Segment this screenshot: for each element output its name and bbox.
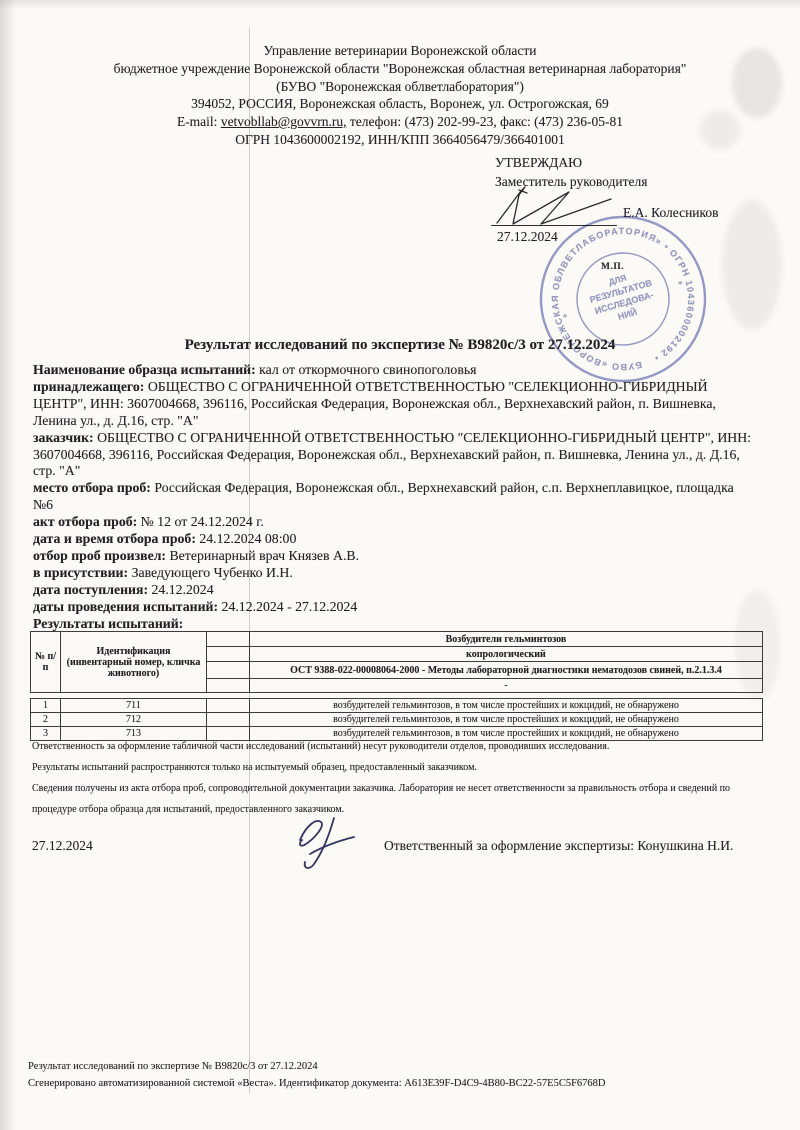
scan-edge-shadow-top xyxy=(0,0,800,10)
approval-heading: УТВЕРЖДАЮ xyxy=(495,153,785,172)
spacer-cell xyxy=(207,699,250,713)
field-row: дата и время отбора проб: 24.12.2024 08:… xyxy=(33,531,755,548)
org-email: vetvobllab@govvrn.ru, xyxy=(221,114,347,129)
results-table-body: 1 711 возбудителей гельминтозов, в том ч… xyxy=(30,698,763,741)
footer-system-id: Сгенерировано автоматизированной системо… xyxy=(28,1075,770,1092)
field-row: в присутствии: Заведующего Чубенко И.Н. xyxy=(33,565,755,582)
col-header-num: № п/п xyxy=(31,632,61,693)
results-table: № п/п Идентификация (инвентарный номер, … xyxy=(30,631,763,741)
footnotes: Ответственность за оформление табличной … xyxy=(32,736,762,820)
field-row: отбор проб произвел: Ветеринарный врач К… xyxy=(33,548,755,565)
approver-name: Е.А. Колесников xyxy=(623,203,719,222)
stamp-star-left: * xyxy=(562,312,570,324)
field-row: дата поступления: 24.12.2024 xyxy=(33,582,755,599)
bleed-through-mark xyxy=(722,200,782,330)
results-section-label: Результаты испытаний: xyxy=(33,616,755,633)
field-row: принадлежащего: ОБЩЕСТВО С ОГРАНИЧЕННОЙ … xyxy=(33,379,755,430)
org-contacts-line: E-mail: vetvobllab@govvrn.ru, телефон: (… xyxy=(55,113,745,131)
field-label: даты проведения испытаний: xyxy=(33,599,218,614)
footer-expertise-ref: Результат исследований по экспертизе № В… xyxy=(28,1058,770,1075)
spacer-cell xyxy=(207,713,250,727)
field-value: кал от откормочного свинопоголовья xyxy=(259,362,476,377)
field-row: акт отбора проб: № 12 от 24.12.2024 г. xyxy=(33,514,755,531)
col-header-identification: Идентификация (инвентарный номер, кличка… xyxy=(61,632,207,693)
org-address: 394052, РОССИЯ, Воронежская область, Вор… xyxy=(55,95,745,113)
field-row: даты проведения испытаний: 24.12.2024 - … xyxy=(33,599,755,616)
responsible-signature xyxy=(290,814,360,876)
field-row: Наименование образца испытаний: кал от о… xyxy=(33,362,755,379)
org-authority: Управление ветеринарии Воронежской облас… xyxy=(55,42,745,60)
scan-edge-shadow xyxy=(0,0,16,1130)
spacer-cell xyxy=(207,647,250,662)
approval-date: 27.12.2024 xyxy=(497,227,558,246)
responsible-person-label: Ответственный за оформление экспертизы: … xyxy=(384,838,733,854)
field-row: заказчик: ОБЩЕСТВО С ОГРАНИЧЕННОЙ ОТВЕТС… xyxy=(33,430,755,481)
stamp-center-line2: РЕЗУЛЬТАТОВ xyxy=(589,278,654,305)
stamp-center-line3: ИССЛЕДОВА- xyxy=(594,290,655,316)
email-label: E-mail: xyxy=(177,114,218,129)
stamp-center-line4: НИЙ xyxy=(616,306,638,322)
field-value: 24.12.2024 - 27.12.2024 xyxy=(222,599,358,614)
field-label: принадлежащего: xyxy=(33,379,144,394)
org-registration-numbers: ОГРН 1043600002192, ИНН/КПП 3664056479/3… xyxy=(55,131,745,149)
approval-block: УТВЕРЖДАЮ Заместитель руководителя Е.А. … xyxy=(495,153,785,191)
field-row: место отбора проб: Российская Федерация,… xyxy=(33,480,755,514)
row-result: возбудителей гельминтозов, в том числе п… xyxy=(250,713,763,727)
field-value: Ветеринарный врач Князев А.В. xyxy=(169,548,359,563)
signature-line xyxy=(491,225,617,226)
method-note-cell: - xyxy=(250,679,763,693)
row-num: 2 xyxy=(31,713,61,727)
mp-seal-label: М.П. xyxy=(601,262,624,272)
results-table-header: № п/п Идентификация (инвентарный номер, … xyxy=(30,631,763,693)
stamp-center-line1: ДЛЯ xyxy=(607,272,627,287)
row-result: возбудителей гельминтозов, в том числе п… xyxy=(250,699,763,713)
group-header-cell: Возбудители гельминтозов xyxy=(250,632,763,647)
row-id: 711 xyxy=(61,699,207,713)
spacer-cell xyxy=(207,662,250,679)
signoff-date: 27.12.2024 xyxy=(32,838,93,854)
approver-signature xyxy=(489,183,625,227)
page-footer: Результат исследований по экспертизе № В… xyxy=(28,1058,770,1092)
field-value: Заведующего Чубенко И.Н. xyxy=(132,565,293,580)
spacer-cell xyxy=(207,679,250,693)
stamp-star-right: * xyxy=(677,279,685,291)
footnote: Результаты испытаний распространяются то… xyxy=(32,757,762,778)
field-value: 24.12.2024 08:00 xyxy=(199,531,296,546)
org-short-name: (БУВО "Воронежская облветлаборатория") xyxy=(55,78,745,96)
row-num: 1 xyxy=(31,699,61,713)
method-type-cell: копрологический xyxy=(250,647,763,662)
signoff-row: 27.12.2024 Ответственный за оформление э… xyxy=(32,826,765,886)
org-phone-fax: телефон: (473) 202-99-23, факс: (473) 23… xyxy=(350,114,623,129)
footnote: Ответственность за оформление табличной … xyxy=(32,736,762,757)
org-letterhead: Управление ветеринарии Воронежской облас… xyxy=(55,42,745,149)
field-value: № 12 от 24.12.2024 г. xyxy=(141,514,264,529)
method-standard-cell: ОСТ 9388-022-00008064-2000 - Методы лабо… xyxy=(250,662,763,679)
row-id: 712 xyxy=(61,713,207,727)
field-label: в присутствии: xyxy=(33,565,128,580)
sample-info-fields: Наименование образца испытаний: кал от о… xyxy=(33,362,755,633)
field-label: дата поступления: xyxy=(33,582,148,597)
field-label: заказчик: xyxy=(33,430,94,445)
field-label: Наименование образца испытаний: xyxy=(33,362,256,377)
field-label: отбор проб произвел: xyxy=(33,548,166,563)
field-label: акт отбора проб: xyxy=(33,514,137,529)
field-label: место отбора проб: xyxy=(33,480,151,495)
field-label: дата и время отбора проб: xyxy=(33,531,196,546)
table-row: 1 711 возбудителей гельминтозов, в том ч… xyxy=(31,699,763,713)
scanned-lab-report-page: Управление ветеринарии Воронежской облас… xyxy=(0,0,800,1130)
org-full-name: бюджетное учреждение Воронежской области… xyxy=(55,60,745,78)
document-title: Результат исследований по экспертизе № В… xyxy=(0,337,800,354)
spacer-cell xyxy=(207,632,250,647)
field-value: 24.12.2024 xyxy=(152,582,214,597)
footnote: Сведения получены из акта отбора проб, с… xyxy=(32,778,762,820)
table-row: 2 712 возбудителей гельминтозов, в том ч… xyxy=(31,713,763,727)
field-value: ОБЩЕСТВО С ОГРАНИЧЕННОЙ ОТВЕТСТВЕННОСТЬЮ… xyxy=(33,430,751,479)
